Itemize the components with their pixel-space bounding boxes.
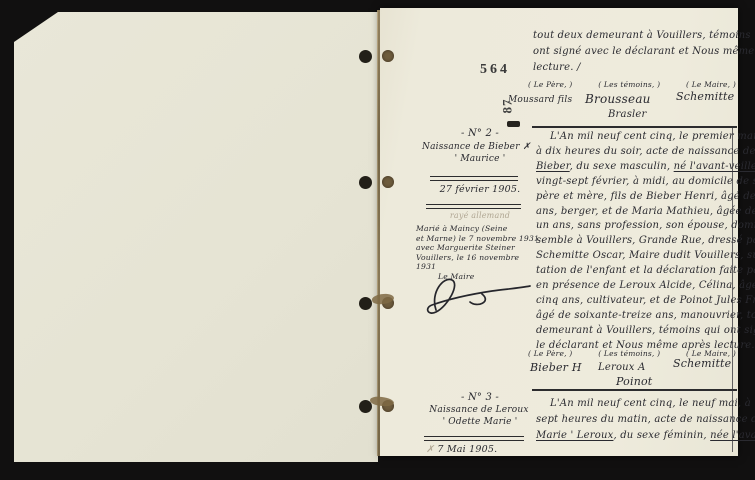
- binding-hole: [359, 176, 372, 189]
- registre-line: semble à Vouillers, Grande Rue, dressé p…: [536, 234, 755, 249]
- registre-line: âgé de soixante-treize ans, manouvrier, …: [536, 309, 755, 324]
- binding-hole: [382, 50, 394, 62]
- mayor-signature-flourish: [422, 272, 537, 318]
- registre-line: tout deux demeurant à Vouillers, témoins…: [533, 28, 755, 44]
- signature-witness-1: Leroux A: [598, 362, 645, 373]
- registre-line: sept heures du matin, acte de naissance …: [536, 412, 755, 428]
- annotation-line: 1931: [416, 262, 539, 272]
- registre-line: père et mère, fils de Bieber Henri, âgé …: [536, 190, 755, 205]
- entry2-pencil-annotation: rayé allemand: [418, 211, 542, 220]
- margin-rule: [430, 176, 518, 181]
- registry-right-page: tout deux demeurant à Vouillers, témoins…: [380, 8, 738, 456]
- entry2-title-text: Naissance de Bieber: [422, 142, 520, 152]
- entry3-cross-mark: ✗: [426, 444, 434, 455]
- underlined-name: Marie ' Leroux: [536, 430, 613, 441]
- act-separator-rule: [532, 126, 737, 128]
- entry3-body: L'An mil neuf cent cinq, le neuf mai, à …: [536, 396, 755, 444]
- signature-mayor: Schemitte: [673, 357, 731, 370]
- previous-act-continuation: tout deux demeurant à Vouillers, témoins…: [533, 28, 755, 76]
- ink-smudge: [507, 121, 520, 127]
- entry2-margin-title: Naissance de Bieber ✗: [422, 142, 531, 152]
- text-seg: , du sexe masculin,: [570, 161, 674, 172]
- registre-line: lecture. /: [533, 60, 755, 76]
- signature-witness-2: Poinot: [616, 375, 652, 388]
- binding-hole: [359, 297, 372, 310]
- signature-father: Bieber H: [530, 361, 582, 374]
- label-mayor: ( Le Maire, ): [686, 80, 736, 89]
- entry2-margin-date: 27 février 1905.: [418, 184, 542, 195]
- entry2-cross-mark: ✗: [523, 142, 531, 152]
- entry3-margin-number: - N° 3 -: [418, 392, 542, 403]
- underlined-phrase: né l'avant-veille: [674, 161, 755, 172]
- registre-line: Schemitte Oscar, Maire dudit Vouillers, …: [536, 249, 755, 264]
- registre-line: cinq ans, cultivateur, et de Poinot Jule…: [536, 294, 755, 309]
- registre-line: L'An mil neuf cent cinq, le premier mars…: [536, 130, 755, 145]
- annotation-line: et Marne) le 7 novembre 1931: [416, 234, 539, 244]
- binding-hole: [382, 176, 394, 188]
- entry3-date-text: 7 Mai 1905.: [437, 444, 497, 455]
- registre-line: ans, berger, et de Maria Mathieu, âgée d…: [536, 205, 755, 220]
- registre-line: tation de l'enfant et la déclaration fai…: [536, 264, 755, 279]
- entry2-margin-name: ' Maurice ': [418, 154, 542, 164]
- registre-line: L'An mil neuf cent cinq, le neuf mai, à: [536, 396, 755, 412]
- registre-line: Marie ' Leroux, du sexe féminin, née l'a…: [536, 428, 755, 444]
- scanned-registry-spread: tout deux demeurant à Vouillers, témoins…: [0, 0, 755, 480]
- entry3-margin-date: ✗ 7 Mai 1905.: [426, 444, 497, 455]
- registre-line: en présence de Leroux Alcide, Célina, âg…: [536, 279, 755, 294]
- registre-line: ont signé avec le déclarant et Nous même…: [533, 44, 755, 60]
- underlined-name: Bieber: [536, 161, 570, 172]
- signature-father: Moussard fils: [508, 95, 572, 105]
- right-margin-rule: [732, 128, 733, 452]
- registre-line: un ans, sans profession, son épouse, dom…: [536, 219, 755, 234]
- signature-mayor: Schemitte: [676, 90, 734, 103]
- registre-line: à dix heures du soir, acte de naissance …: [536, 145, 755, 160]
- label-witnesses: ( Les témoins, ): [598, 80, 660, 89]
- label-father: ( Le Père, ): [528, 80, 572, 89]
- entry3-margin-title: Naissance de Leroux: [414, 405, 544, 415]
- annotation-line: Marié à Maincy (Seine: [416, 224, 539, 234]
- binding-hole: [359, 50, 372, 63]
- registre-line: demeurant à Vouillers, témoins qui ont s…: [536, 324, 755, 339]
- text-seg: sept heures du matin, acte de naissance …: [536, 414, 755, 425]
- annotation-line: Vouillers, le 16 novembre: [416, 253, 539, 263]
- annotation-line: avec Marguerite Steiner: [416, 243, 539, 253]
- entry3-margin-name: ' Odette Marie ': [418, 417, 542, 427]
- entry2-body: L'An mil neuf cent cinq, le premier mars…: [536, 130, 755, 354]
- margin-rule: [424, 436, 524, 441]
- signature-witness-1: Brousseau: [585, 92, 651, 106]
- text-seg: à dix heures du soir, acte de naissance …: [536, 146, 755, 157]
- text-seg: , du sexe féminin,: [613, 430, 710, 441]
- entry2-margin-number: - N° 2 -: [418, 128, 542, 139]
- signature-witness-2: Brasler: [608, 109, 647, 120]
- act-separator-rule: [532, 389, 737, 391]
- margin-rule: [426, 204, 521, 209]
- blank-left-page: [14, 12, 378, 462]
- label-father: ( Le Père, ): [528, 349, 572, 358]
- registre-line: vingt-sept février, à midi, au domicile …: [536, 175, 755, 190]
- binding-seam: [377, 10, 380, 456]
- folio-number: 564: [480, 62, 510, 78]
- label-witnesses: ( Les témoins, ): [598, 349, 660, 358]
- signature-labels-row: ( Le Père, ) ( Les témoins, ) ( Le Maire…: [528, 80, 736, 89]
- registre-line: Bieber, du sexe masculin, né l'avant-vei…: [536, 160, 755, 175]
